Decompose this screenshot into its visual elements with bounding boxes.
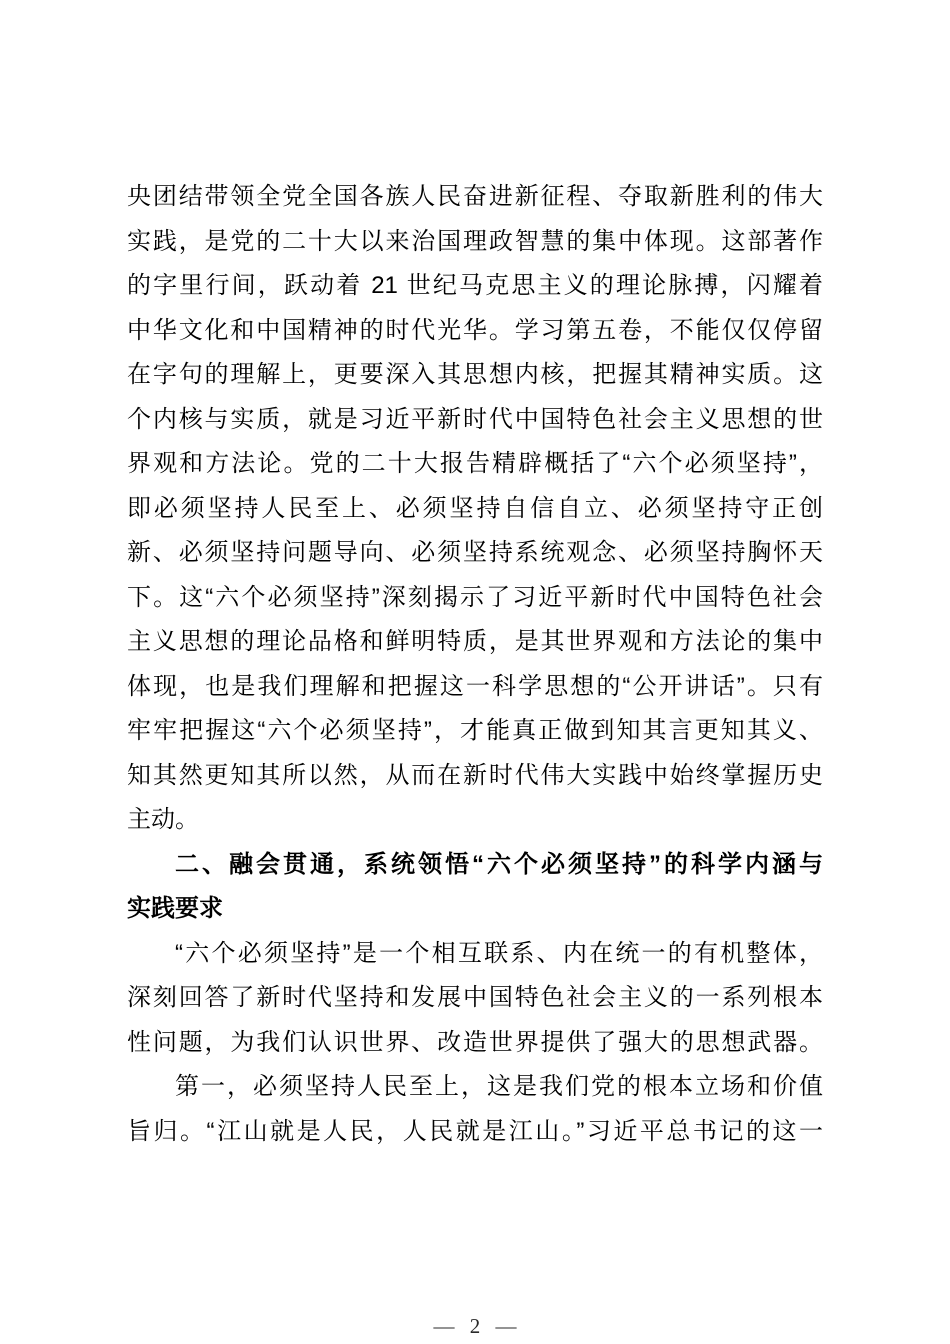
text-line: 深刻回答了新时代坚持和发展中国特色社会主义的一系列根本 [127,976,823,1021]
text-line: 牢牢把握这“六个必须坚持”，才能真正做到知其言更知其义、 [127,709,823,754]
text-line: 主义思想的理论品格和鲜明特质，是其世界观和方法论的集中 [127,620,823,665]
document-body: 央团结带领全党全国各族人民奋进新征程、夺取新胜利的伟大 实践，是党的二十大以来治… [127,175,823,1154]
page-footer: — 2 — [0,1314,950,1339]
text-line: 体现，也是我们理解和把握这一科学思想的“公开讲话”。只有 [127,665,823,710]
text-line: 新、必须坚持问题导向、必须坚持系统观念、必须坚持胸怀天 [127,531,823,576]
text-line: 在字句的理解上，更要深入其思想内核，把握其精神实质。这 [127,353,823,398]
document-page: 央团结带领全党全国各族人民奋进新征程、夺取新胜利的伟大 实践，是党的二十大以来治… [0,0,950,1344]
text-line: “六个必须坚持”是一个相互联系、内在统一的有机整体， [127,932,823,977]
section-heading-line: 实践要求 [127,887,823,932]
text-line: 实践，是党的二十大以来治国理政智慧的集中体现。这部著作 [127,220,823,265]
text-line: 界观和方法论。党的二十大报告精辟概括了“六个必须坚持”， [127,442,823,487]
page-number: — 2 — [434,1314,517,1338]
section-heading-line: 二、融会贯通，系统领悟“六个必须坚持”的科学内涵与 [127,843,823,888]
text-line: 个内核与实质，就是习近平新时代中国特色社会主义思想的世 [127,398,823,443]
text-line: 中华文化和中国精神的时代光华。学习第五卷，不能仅仅停留 [127,309,823,354]
text-line: 下。这“六个必须坚持”深刻揭示了习近平新时代中国特色社会 [127,576,823,621]
text-line: 的字里行间，跃动着 21 世纪马克思主义的理论脉搏，闪耀着 [127,264,823,309]
text-line: 即必须坚持人民至上、必须坚持自信自立、必须坚持守正创 [127,487,823,532]
text-line: 旨归。“江山就是人民，人民就是江山。”习近平总书记的这一 [127,1110,823,1155]
text-line: 性问题，为我们认识世界、改造世界提供了强大的思想武器。 [127,1021,823,1066]
text-line: 央团结带领全党全国各族人民奋进新征程、夺取新胜利的伟大 [127,175,823,220]
text-line: 第一，必须坚持人民至上，这是我们党的根本立场和价值 [127,1065,823,1110]
text-line: 知其然更知其所以然，从而在新时代伟大实践中始终掌握历史 [127,754,823,799]
text-line: 主动。 [127,798,823,843]
